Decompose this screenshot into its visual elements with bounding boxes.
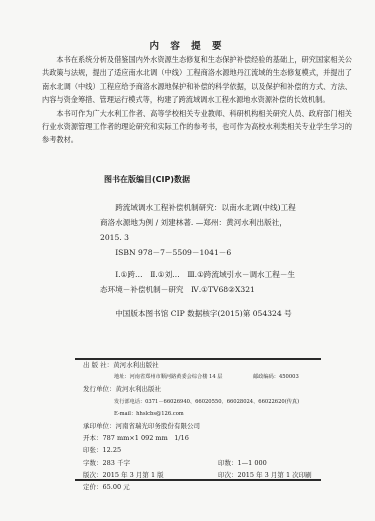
- format-line: 开本：787 mm×1 092 mm 1/16: [83, 432, 323, 444]
- postcode: 邮政编码：450003: [253, 371, 299, 383]
- address-line: 地址：河南省郑州市顺河路黄委会综合楼 14 层 邮政编码：450003: [83, 371, 323, 383]
- cip-record-number: 中国版本图书馆 CIP 数据核字(2015)第 054324 号: [100, 306, 298, 321]
- bottom-divider: [75, 479, 321, 481]
- cip-title: 图书在版编目(CIP)数据: [104, 174, 190, 185]
- abstract-body: 本书在系统分析及借鉴国内外水资源生态修复和生态保护补偿经验的基础上，研究国家相关…: [42, 53, 352, 147]
- email-line: E-mail：hhslcbs@126.com: [83, 408, 323, 420]
- abstract-paragraph: 本书可作为广大水利工作者、高等学校相关专业教师、科研机构相关研究人员、政府部门相…: [42, 107, 352, 147]
- cip-block: 跨流域调水工程补偿机制研究：以南水北调(中线)工程商洛水源地为例 / 刘建林著.…: [100, 200, 298, 321]
- printer-line: 承印单位：河南省瑞光印务股份有限公司: [83, 420, 323, 432]
- abstract-title: 内 容 提 要: [0, 38, 375, 52]
- print-run: 印数：1—1 000: [218, 457, 267, 469]
- address: 地址：河南省郑州市顺河路黄委会综合楼 14 层: [114, 374, 222, 380]
- copyright-page: 内 容 提 要 本书在系统分析及借鉴国内外水资源生态修复和生态保护补偿经验的基础…: [0, 0, 375, 521]
- edition: 版次：2015 年 3 月第 1 版: [83, 471, 164, 479]
- cip-classification: Ⅰ.①跨… Ⅱ.①刘… Ⅲ.①跨流域引水－调水工程－生态环境－补偿机制－研究 Ⅳ…: [100, 267, 298, 297]
- phone-line: 发行部电话：0371－66026940、66020550、66028024、66…: [83, 396, 323, 408]
- price: 定价：65.00 元: [83, 482, 130, 491]
- publication-info: 出 版 社：黄河水利出版社 地址：河南省郑州市顺河路黄委会综合楼 14 层 邮政…: [83, 359, 323, 481]
- publisher-line: 出 版 社：黄河水利出版社: [83, 359, 323, 371]
- cip-isbn: ISBN 978－7－5509－1041－6: [100, 245, 298, 260]
- word-count: 字数：283 千字: [83, 459, 130, 467]
- distributor-line: 发行单位：黄河水利出版社: [83, 383, 323, 395]
- sheets-line: 印张：12.25: [83, 444, 323, 456]
- abstract-paragraph: 本书在系统分析及借鉴国内外水资源生态修复和生态保护补偿经验的基础上，研究国家相关…: [42, 53, 352, 107]
- cip-description: 跨流域调水工程补偿机制研究：以南水北调(中线)工程商洛水源地为例 / 刘建林著.…: [100, 200, 298, 245]
- wordcount-printrun-line: 字数：283 千字 印数：1—1 000: [83, 457, 323, 469]
